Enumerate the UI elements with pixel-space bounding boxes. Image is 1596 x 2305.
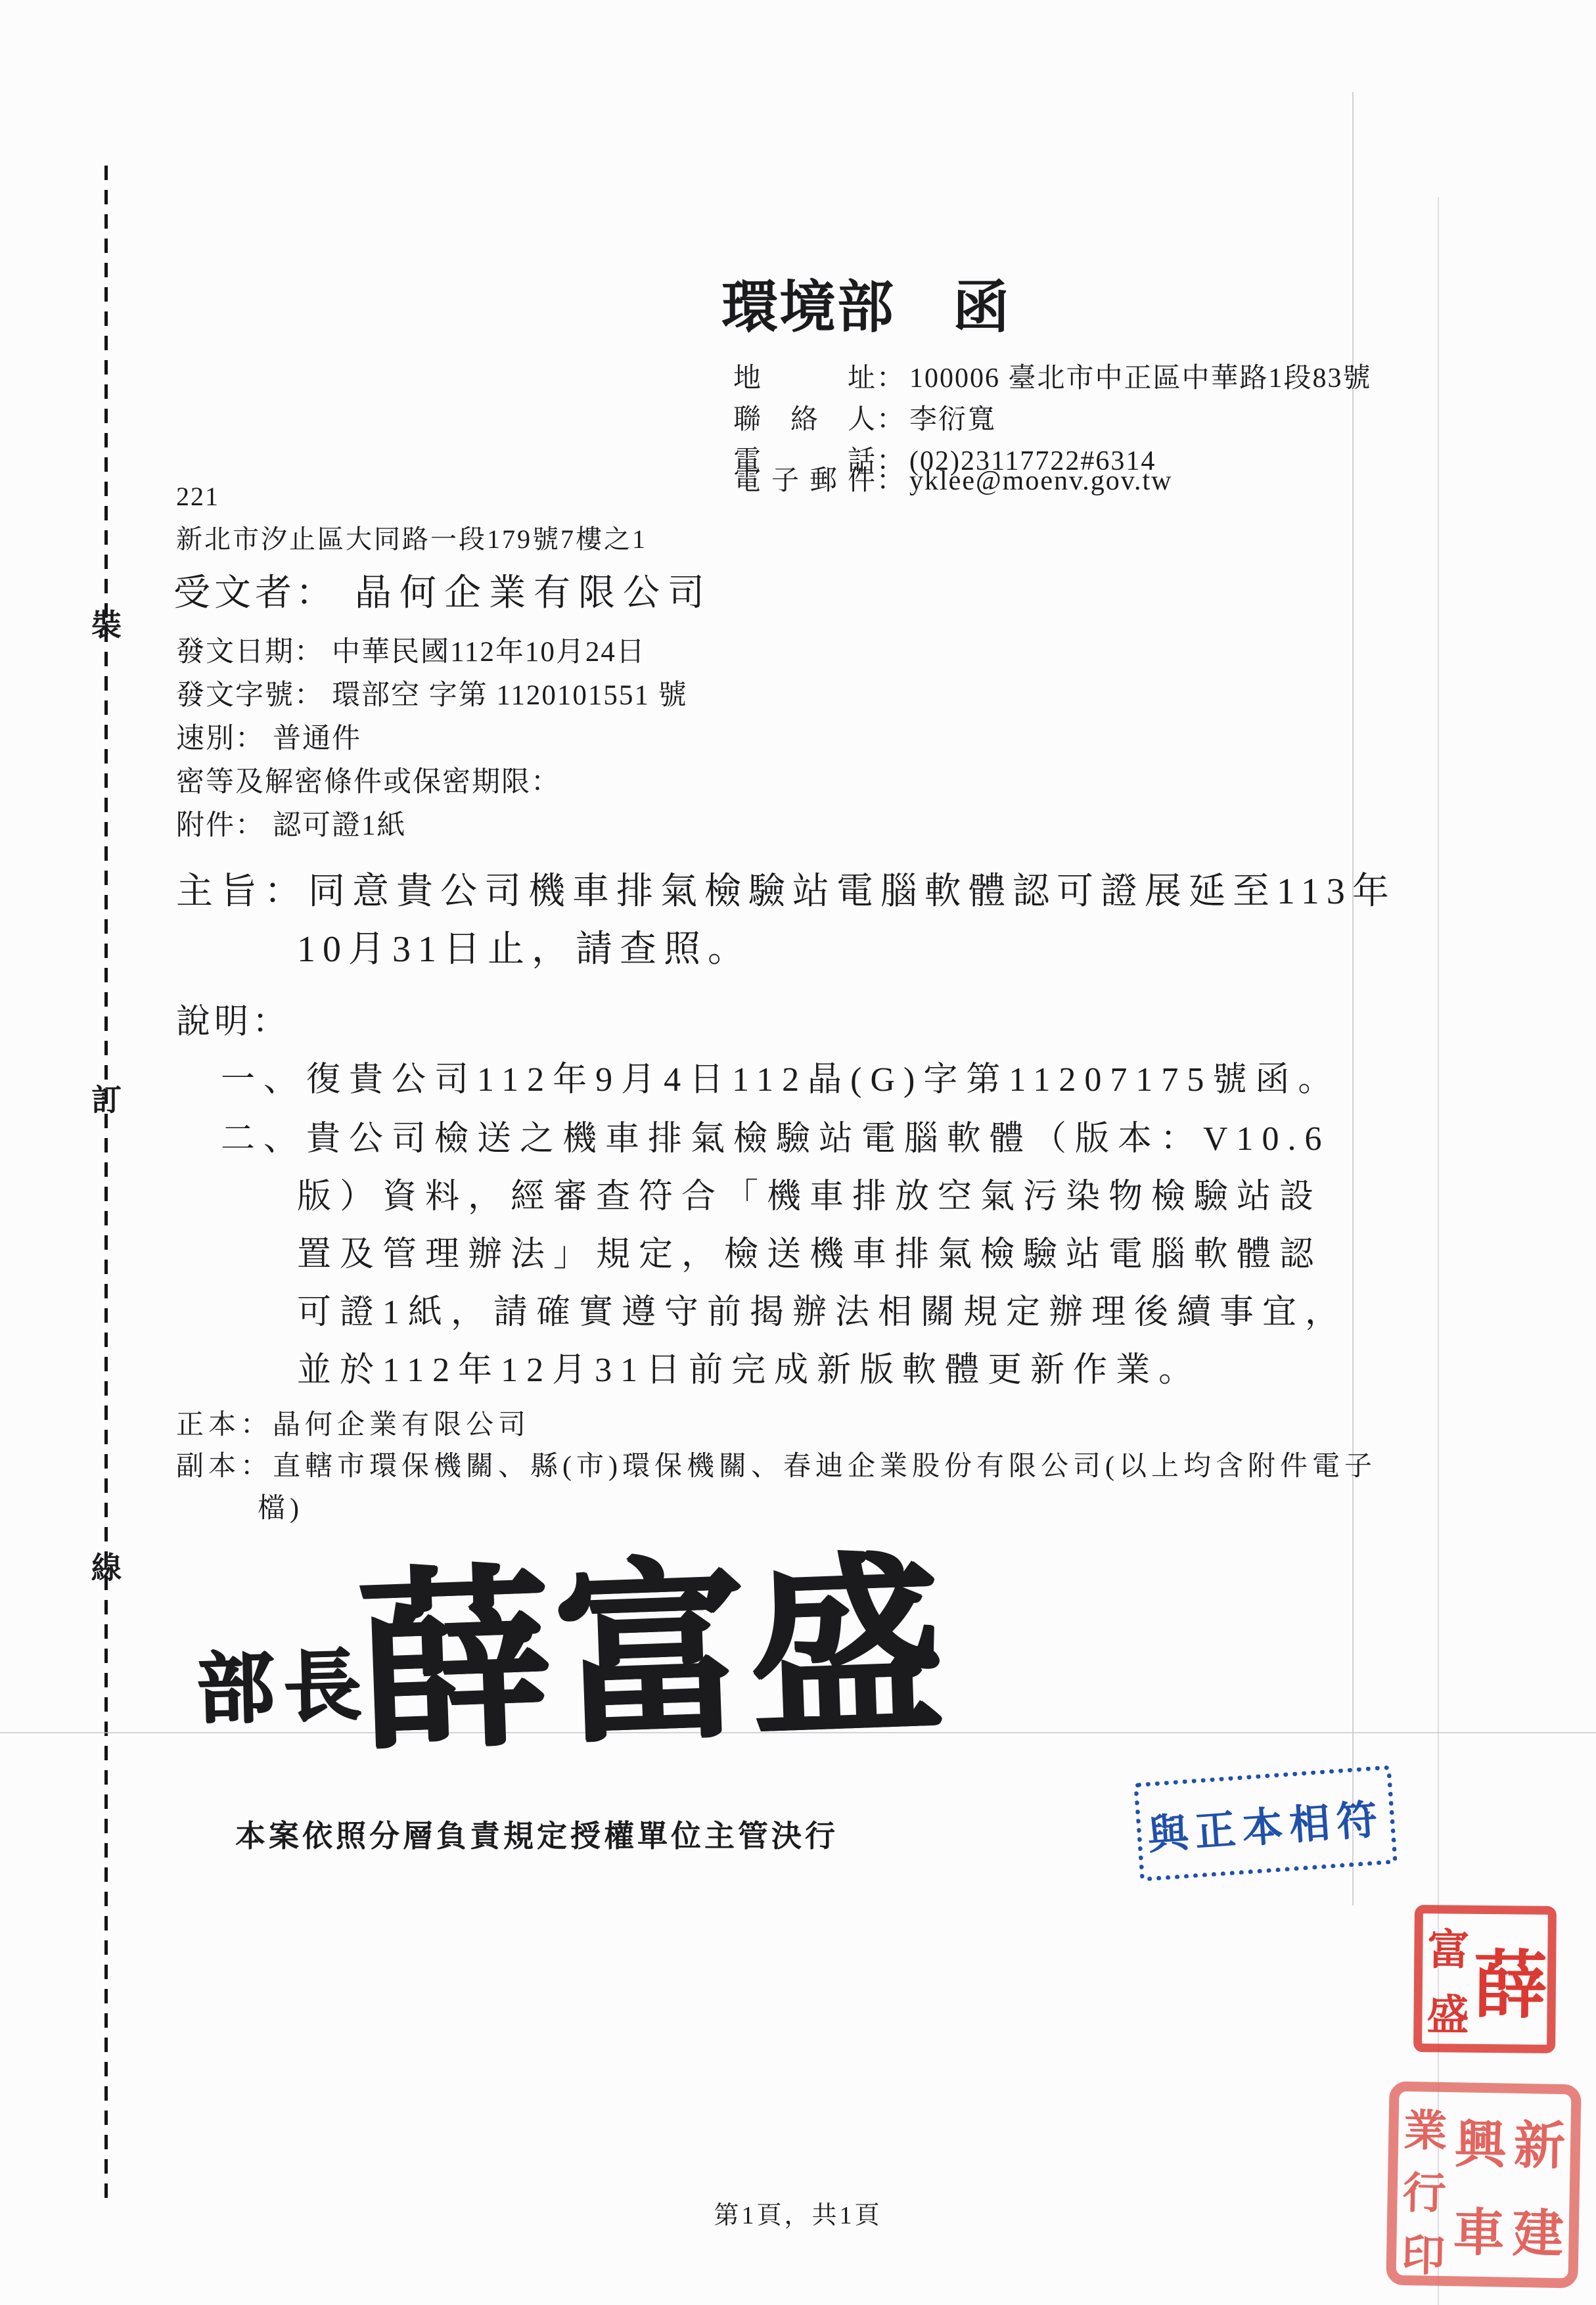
contact-label: 聯絡人 [733, 398, 877, 437]
doc-number-label: 發文字號： [176, 680, 324, 711]
company-seal-char: 業 [1403, 2095, 1448, 2158]
contact-value: 李衍寬 [909, 405, 996, 435]
email-label: 電子郵件 [733, 459, 877, 498]
scanned-letter-page: 裝 訂 線 環境部 函 地址：100006 臺北市中正區中華路1段83號 聯絡人… [0, 0, 1596, 2305]
binding-char-zhuang: 裝 [88, 601, 125, 645]
company-seal-column-1: 新 建 [1512, 2097, 1566, 2274]
description-item-1: 一、復貴公司112年9月4日112晶(G)字第11207175號函。 [221, 1051, 1340, 1101]
minister-title-calligraphy: 部長 [194, 1622, 371, 1739]
seal-char-left-top: 富 [1427, 1916, 1470, 1977]
colon: ： [877, 356, 905, 396]
cc-row: 副本：直轄市環保機關、縣(市)環保機關、春迪企業股份有限公司(以上均含附件電子 [176, 1444, 1377, 1484]
binding-char-ding: 訂 [88, 1076, 125, 1120]
doc-number-value: 環部空 字第 1120101551 號 [332, 680, 688, 711]
description-heading: 說明： [176, 993, 290, 1043]
description-item-2-line-5: 並於112年12月31日前完成新版軟體更新作業。 [297, 1342, 1201, 1391]
meta-row-speed: 速別：普通件 [176, 716, 361, 756]
meta-row-doc-number: 發文字號：環部空 字第 1120101551 號 [176, 673, 688, 713]
company-seal-column-2: 興 車 [1453, 2096, 1507, 2273]
subject-line-2: 10月31日止，請查照。 [297, 920, 752, 972]
original-copy-row: 正本：晶何企業有限公司 [176, 1403, 530, 1442]
meta-row-classification: 密等及解密條件或保密期限： [176, 760, 568, 800]
footer-page-number: 第1頁，共1頁 [0, 2195, 1596, 2231]
colon: ： [877, 459, 905, 498]
subject-label: 主旨： [176, 871, 308, 912]
description-item-2-line-2: 版）資料，經審查符合「機車排放空氣污染物檢驗站設 [297, 1168, 1322, 1218]
attachment-value: 認可證1紙 [273, 810, 407, 841]
personal-seal-stamp: 薛 富 盛 [1413, 1905, 1557, 2053]
binding-char-xian: 線 [88, 1544, 125, 1587]
subject-line-1: 主旨：同意貴公司機車排氣檢驗站電腦軟體認可證展延至113年 [176, 862, 1396, 915]
company-seal-stamp: 新 建 興 車 業 行 印 [1386, 2081, 1581, 2288]
speed-value: 普通件 [273, 723, 361, 754]
recipient-postal-code: 221 [176, 481, 219, 512]
meta-row-issue-date: 發文日期：中華民國112年10月24日 [176, 629, 646, 670]
agency-title: 環境部 函 [721, 262, 1011, 343]
header-info-row-address: 地址：100006 臺北市中正區中華路1段83號 [733, 356, 1372, 396]
subject-text-1: 同意貴公司機車排氣檢驗站電腦軟體認可證展延至113年 [308, 871, 1396, 912]
seal-char-left-bottom: 盛 [1426, 1981, 1469, 2042]
binding-dashed-line [104, 166, 108, 2205]
approval-note: 本案依照分層負責規定授權單位主管決行 [235, 1812, 838, 1856]
recipient-name: 晶何企業有限公司 [355, 573, 712, 614]
minister-signature-calligraphy: 薛富盛 [355, 1540, 949, 1771]
cc-label: 副本： [176, 1451, 273, 1482]
meta-row-attachment: 附件：認可證1紙 [176, 803, 407, 843]
address-value: 100006 臺北市中正區中華路1段83號 [909, 363, 1372, 394]
recipient-label: 受文者： [173, 573, 336, 614]
address-label: 地址 [733, 356, 877, 396]
copy-certification-stamp-text: 與正本相符 [1145, 1786, 1385, 1861]
company-seal-char: 興 [1454, 2103, 1507, 2178]
recipient-address: 新北市汐止區大同路一段179號7樓之1 [176, 518, 647, 556]
issue-date-label: 發文日期： [176, 637, 324, 668]
speed-label: 速別： [176, 723, 265, 754]
original-value: 晶何企業有限公司 [273, 1410, 530, 1440]
copy-certification-stamp: 與正本相符 [1133, 1766, 1398, 1882]
header-info-row-email: 電子郵件：yklee@moenv.gov.tw [733, 459, 1173, 498]
classification-label: 密等及解密條件或保密期限： [176, 767, 560, 798]
issue-date-value: 中華民國112年10月24日 [332, 637, 646, 668]
original-label: 正本： [176, 1410, 273, 1440]
description-item-2-line-3: 置及管理辦法」規定，檢送機車排氣檢驗站電腦軟體認 [297, 1226, 1322, 1275]
seal-left-column: 富 盛 [1422, 1913, 1474, 2044]
cc-value-line-2: 檔) [258, 1486, 304, 1526]
header-info-row-contact: 聯絡人：李衍寬 [733, 398, 996, 437]
description-item-2-line-4: 可證1紙，請確實遵守前揭辦法相關規定辦理後續事宜， [297, 1284, 1348, 1333]
colon: ： [877, 398, 905, 437]
company-seal-char: 新 [1513, 2105, 1566, 2179]
attachment-label: 附件： [176, 810, 265, 841]
email-value: yklee@moenv.gov.tw [909, 466, 1173, 496]
recipient-row: 受文者：晶何企業有限公司 [173, 564, 712, 616]
seal-char-right: 薛 [1473, 1914, 1548, 2045]
description-item-2-line-1: 二、貴公司檢送之機車排氣檢驗站電腦軟體（版本：V10.6 [221, 1110, 1331, 1160]
company-seal-column-3: 業 行 印 [1402, 2095, 1448, 2272]
cc-value-line-1: 直轄市環保機關、縣(市)環保機關、春迪企業股份有限公司(以上均含附件電子 [273, 1451, 1377, 1482]
